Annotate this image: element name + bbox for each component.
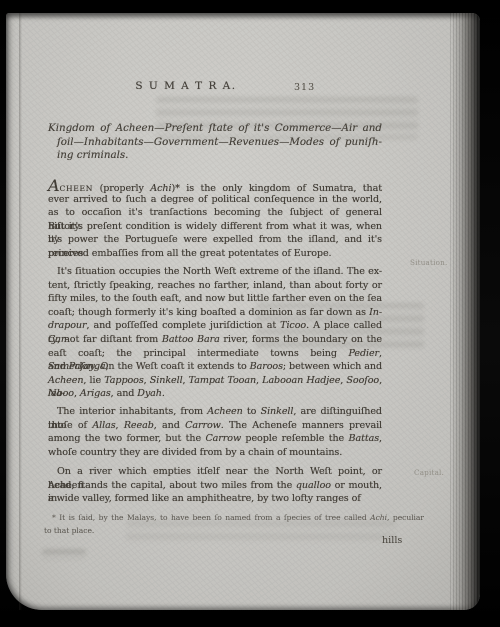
margin-note-capital: Capital.	[414, 468, 444, 477]
catchword: hills	[382, 535, 402, 546]
paragraph-situation: It's ſituation occupies the North Weſt e…	[48, 265, 382, 401]
chapter-heading: Kingdom of Acheen—Preſent ſtate of it's …	[48, 121, 382, 162]
paragraph-acheen-kingdom: ACHEEN (properly Achi)* is the only king…	[48, 179, 382, 261]
footnote: * It is ſaid, by the Malays, to have bee…	[44, 511, 424, 537]
paragraph-inhabitants: The interior inhabitants, from Acheen to…	[48, 405, 382, 459]
bleed-through-smudge	[42, 549, 86, 561]
page-number: 313	[294, 82, 315, 93]
running-head: S U M A T R A.	[106, 80, 266, 92]
book-page: S U M A T R A. 313 Kingdom of Acheen—Pre…	[6, 13, 480, 610]
page-crease	[19, 13, 22, 610]
scan-background: S U M A T R A. 313 Kingdom of Acheen—Pre…	[0, 0, 500, 627]
margin-note-situation: Situation.	[410, 258, 447, 267]
paragraph-capital: On a river which empties itſelf near the…	[48, 465, 382, 506]
page-edge-strip	[450, 13, 480, 610]
